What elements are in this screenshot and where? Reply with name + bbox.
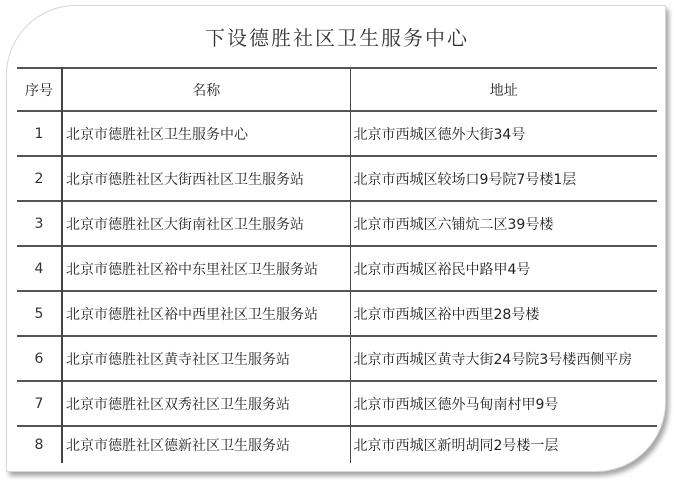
column-header-address: 地址 [350, 68, 657, 111]
health-center-table: 序号 名称 地址 1 北京市德胜社区卫生服务中心 北京市西城区德外大街34号 2… [17, 67, 657, 463]
center-address: 北京市西城区裕民中路甲4号 [350, 246, 657, 291]
table-row: 8 北京市德胜社区德新社区卫生服务站 北京市西城区新明胡同2号楼一层 [17, 426, 657, 463]
page-title: 下设德胜社区卫生服务中心 [0, 22, 674, 51]
row-number: 2 [17, 156, 62, 201]
row-number: 4 [17, 246, 62, 291]
center-name: 北京市德胜社区卫生服务中心 [62, 111, 350, 156]
table-row: 7 北京市德胜社区双秀社区卫生服务站 北京市西城区德外马甸南村甲9号 [17, 381, 657, 426]
center-name: 北京市德胜社区黄寺社区卫生服务站 [62, 336, 350, 381]
center-address: 北京市西城区六铺炕二区39号楼 [350, 201, 657, 246]
row-number: 3 [17, 201, 62, 246]
center-name: 北京市德胜社区裕中东里社区卫生服务站 [62, 246, 350, 291]
center-address: 北京市西城区德外马甸南村甲9号 [350, 381, 657, 426]
row-number: 8 [17, 426, 62, 463]
column-header-name: 名称 [62, 68, 350, 111]
table-row: 4 北京市德胜社区裕中东里社区卫生服务站 北京市西城区裕民中路甲4号 [17, 246, 657, 291]
table-row: 2 北京市德胜社区大街西社区卫生服务站 北京市西城区较场口9号院7号楼1层 [17, 156, 657, 201]
center-address: 北京市西城区新明胡同2号楼一层 [350, 426, 657, 463]
center-name: 北京市德胜社区大街西社区卫生服务站 [62, 156, 350, 201]
center-name: 北京市德胜社区裕中西里社区卫生服务站 [62, 291, 350, 336]
row-number: 6 [17, 336, 62, 381]
table-row: 5 北京市德胜社区裕中西里社区卫生服务站 北京市西城区裕中西里28号楼 [17, 291, 657, 336]
center-name: 北京市德胜社区双秀社区卫生服务站 [62, 381, 350, 426]
table-row: 3 北京市德胜社区大街南社区卫生服务站 北京市西城区六铺炕二区39号楼 [17, 201, 657, 246]
center-address: 北京市西城区裕中西里28号楼 [350, 291, 657, 336]
center-address: 北京市西城区德外大街34号 [350, 111, 657, 156]
center-name: 北京市德胜社区大街南社区卫生服务站 [62, 201, 350, 246]
center-address: 北京市西城区黄寺大街24号院3号楼西侧平房 [350, 336, 657, 381]
table-header-row: 序号 名称 地址 [17, 68, 657, 111]
row-number: 5 [17, 291, 62, 336]
column-header-number: 序号 [17, 68, 62, 111]
center-name: 北京市德胜社区德新社区卫生服务站 [62, 426, 350, 463]
row-number: 7 [17, 381, 62, 426]
row-number: 1 [17, 111, 62, 156]
table-row: 6 北京市德胜社区黄寺社区卫生服务站 北京市西城区黄寺大街24号院3号楼西侧平房 [17, 336, 657, 381]
table-row: 1 北京市德胜社区卫生服务中心 北京市西城区德外大街34号 [17, 111, 657, 156]
center-address: 北京市西城区较场口9号院7号楼1层 [350, 156, 657, 201]
